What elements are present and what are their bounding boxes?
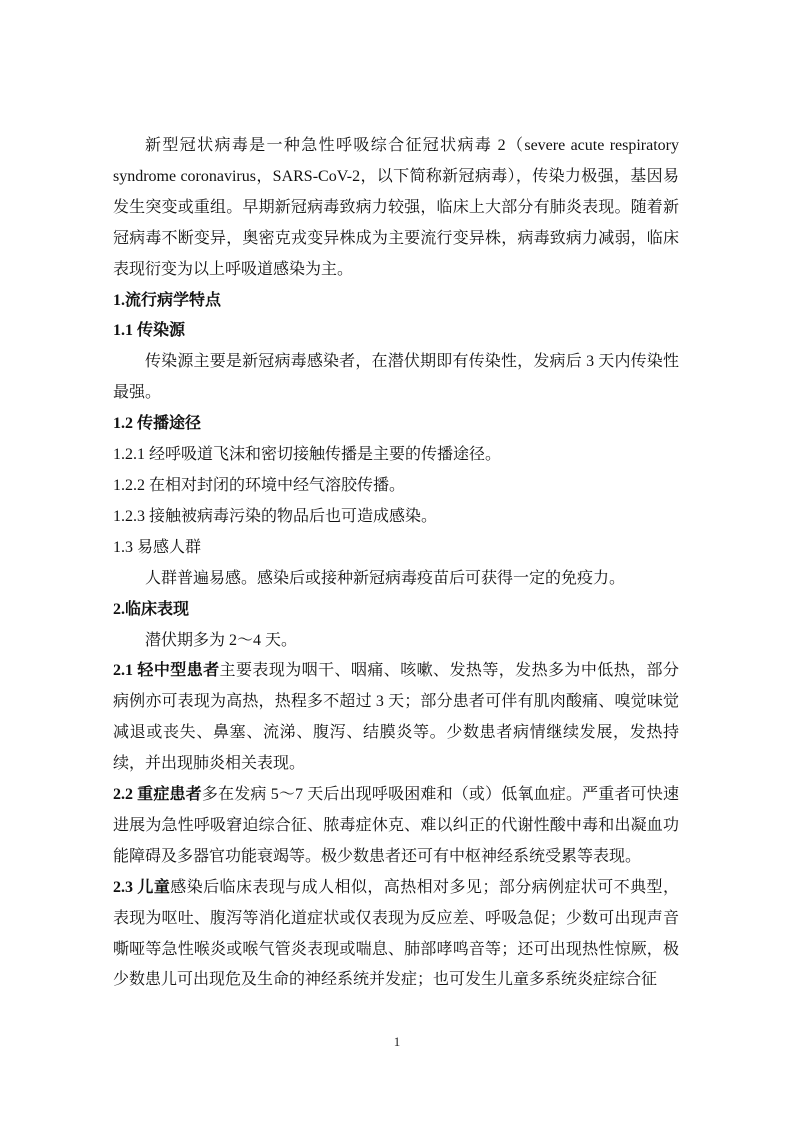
heading-infection-source: 1.1 传染源 [113,316,679,347]
severe-patients-label: 2.2 重症患者 [113,786,202,803]
heading-transmission-routes: 1.2 传播途径 [113,409,679,440]
children-patients-paragraph: 2.3 儿童感染后临床表现与成人相似，高热相对多见；部分病例症状可不典型，表现为… [113,873,679,997]
heading-epidemiology: 1.流行病学特点 [113,286,679,317]
transmission-route-item-1: 1.2.1 经呼吸道飞沫和密切接触传播是主要的传播途径。 [113,440,679,471]
children-patients-text: 感染后临床表现与成人相似，高热相对多见；部分病例症状可不典型，表现为呕吐、腹泻等… [113,879,679,989]
document-page: 新型冠状病毒是一种急性呼吸综合征冠状病毒 2（severe acute resp… [0,0,794,1123]
infection-source-paragraph: 传染源主要是新冠病毒感染者，在潜伏期即有传染性，发病后 3 天内传染性最强。 [113,347,679,409]
heading-clinical-manifestations: 2.临床表现 [113,595,679,626]
incubation-period-paragraph: 潜伏期多为 2～4 天。 [113,626,679,657]
susceptible-population-paragraph: 人群普遍易感。感染后或接种新冠病毒疫苗后可获得一定的免疫力。 [113,564,679,595]
severe-patients-paragraph: 2.2 重症患者多在发病 5～7 天后出现呼吸困难和（或）低氧血症。严重者可快速… [113,780,679,873]
children-patients-label: 2.3 儿童 [113,879,170,896]
mild-moderate-patients-paragraph: 2.1 轻中型患者主要表现为咽干、咽痛、咳嗽、发热等，发热多为中低热，部分病例亦… [113,656,679,780]
document-body: 新型冠状病毒是一种急性呼吸综合征冠状病毒 2（severe acute resp… [113,131,679,996]
transmission-route-item-2: 1.2.2 在相对封闭的环境中经气溶胶传播。 [113,471,679,502]
mild-moderate-patients-label: 2.1 轻中型患者 [113,662,220,679]
intro-paragraph: 新型冠状病毒是一种急性呼吸综合征冠状病毒 2（severe acute resp… [113,131,679,286]
page-number: 1 [0,1034,794,1050]
heading-susceptible-population: 1.3 易感人群 [113,533,679,564]
transmission-route-item-3: 1.2.3 接触被病毒污染的物品后也可造成感染。 [113,502,679,533]
